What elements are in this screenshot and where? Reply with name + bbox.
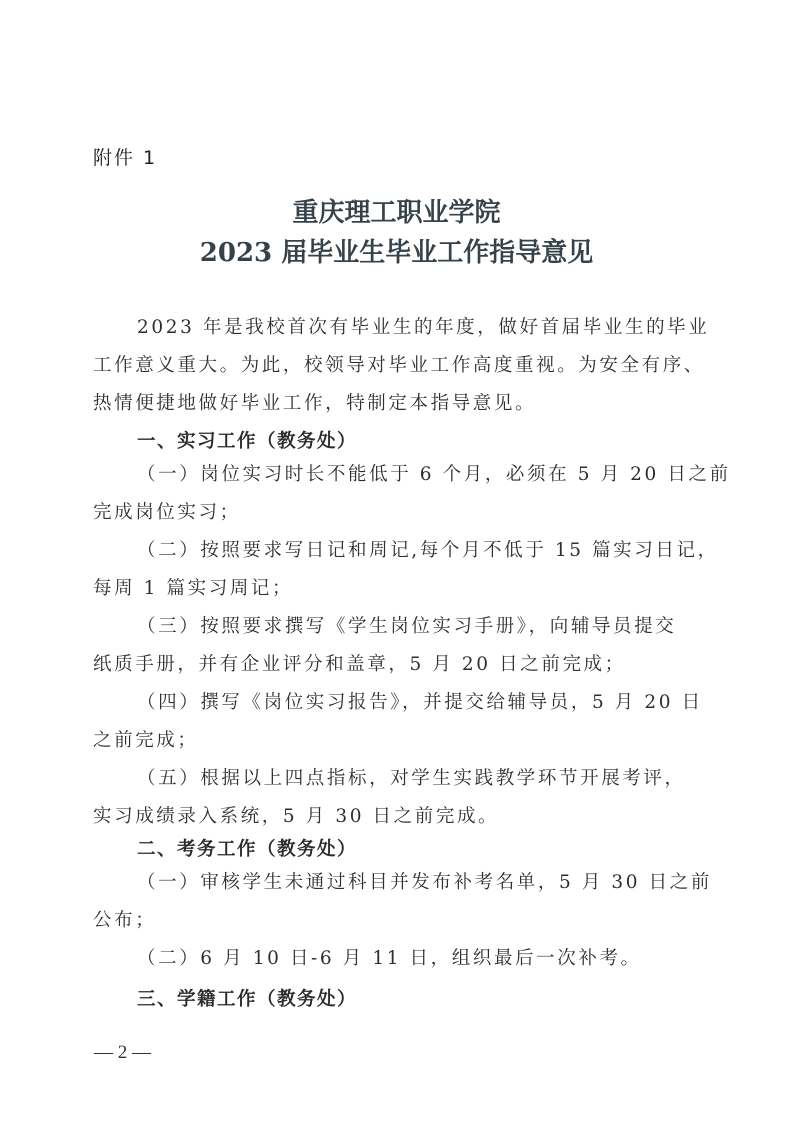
intro-line: 热情便捷地做好毕业工作，特制定本指导意见。 (93, 385, 703, 423)
document-title-line1: 重庆理工职业学院 (0, 192, 793, 229)
item-line: 每周 1 篇实习周记； (93, 570, 703, 608)
intro-line: 2023 年是我校首次有毕业生的年度，做好首届毕业生的毕业 (93, 309, 703, 347)
item-line: （三）按照要求撰写《学生岗位实习手册》，向辅导员提交 (93, 608, 703, 646)
intro-line: 工作意义重大。为此，校领导对毕业工作高度重视。为安全有序、 (93, 347, 703, 385)
internship-item-2: （二）按照要求写日记和周记,每个月不低于 15 篇实习日记， 每周 1 篇实习周… (93, 532, 703, 608)
document-title-line2: 2023 届毕业生毕业工作指导意见 (0, 232, 793, 269)
item-line: 纸质手册，并有企业评分和盖章，5 月 20 日之前完成； (93, 646, 703, 684)
internship-item-3: （三）按照要求撰写《学生岗位实习手册》，向辅导员提交 纸质手册，并有企业评分和盖… (93, 608, 703, 684)
intro-paragraph: 2023 年是我校首次有毕业生的年度，做好首届毕业生的毕业 工作意义重大。为此，… (93, 309, 703, 423)
item-line: 之前完成； (93, 722, 703, 760)
item-line: 完成岗位实习； (93, 494, 703, 532)
item-line: （一）审核学生未通过科目并发布补考名单，5 月 30 日之前 (93, 864, 703, 902)
item-line: （四）撰写《岗位实习报告》，并提交给辅导员，5 月 20 日 (93, 684, 703, 722)
internship-item-5: （五）根据以上四点指标，对学生实践教学环节开展考评， 实习成绩录入系统，5 月 … (93, 760, 703, 836)
exam-item-2: （二）6 月 10 日-6 月 11 日，组织最后一次补考。 (93, 940, 703, 978)
item-line: 实习成绩录入系统，5 月 30 日之前完成。 (93, 798, 703, 836)
internship-item-1: （一）岗位实习时长不能低于 6 个月，必须在 5 月 20 日之前 完成岗位实习… (93, 456, 703, 532)
item-line: （五）根据以上四点指标，对学生实践教学环节开展考评， (93, 760, 703, 798)
section-heading-internship: 一、实习工作（教务处） (137, 427, 357, 453)
item-line: 公布； (93, 902, 703, 940)
item-line: （二）6 月 10 日-6 月 11 日，组织最后一次补考。 (93, 940, 703, 978)
attachment-label: 附件 1 (93, 143, 157, 170)
exam-item-1: （一）审核学生未通过科目并发布补考名单，5 月 30 日之前 公布； (93, 864, 703, 940)
item-line: （一）岗位实习时长不能低于 6 个月，必须在 5 月 20 日之前 (93, 456, 703, 494)
document-page: 附件 1 重庆理工职业学院 2023 届毕业生毕业工作指导意见 2023 年是我… (0, 0, 793, 1122)
internship-item-4: （四）撰写《岗位实习报告》，并提交给辅导员，5 月 20 日 之前完成； (93, 684, 703, 760)
item-line: （二）按照要求写日记和周记,每个月不低于 15 篇实习日记， (93, 532, 703, 570)
section-heading-exams: 二、考务工作（教务处） (137, 835, 357, 861)
page-number: — 2 — (94, 1042, 151, 1064)
section-heading-enrollment: 三、学籍工作（教务处） (137, 985, 357, 1011)
